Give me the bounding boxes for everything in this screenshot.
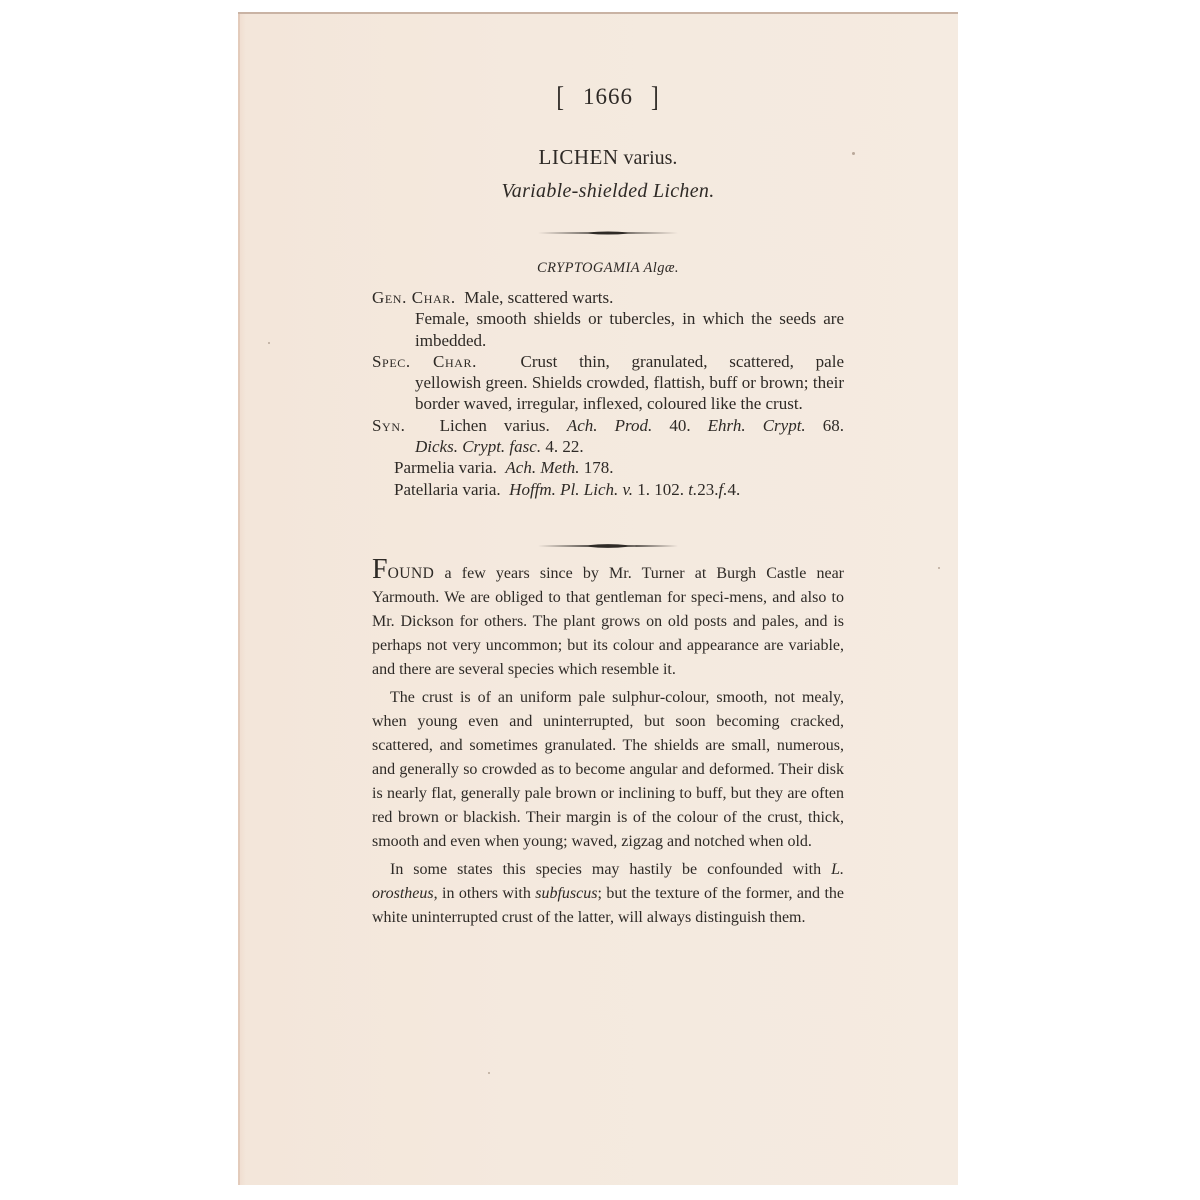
characters-block: Gen. Char. Male, scattered warts. Female… xyxy=(372,287,844,500)
spec-char-continuation: yellowish green. Shields crowded, flatti… xyxy=(372,372,844,415)
paragraph-description: The crust is of an uniform pale sulphur-… xyxy=(372,686,844,854)
reference-figure: f. xyxy=(719,480,728,499)
synonym-name: Lichen varius. xyxy=(440,416,550,435)
gen-char-continuation: Female, smooth shields or tubercles, in … xyxy=(372,308,844,351)
reference-page: 4. 22. xyxy=(545,437,583,456)
comparison-lead: In some states this species may hastily … xyxy=(390,861,831,878)
paragraph-comparison: In some states this species may hastily … xyxy=(372,858,844,930)
reference-work: Ach. Prod. xyxy=(567,416,652,435)
common-name: Variable-shielded Lichen. xyxy=(372,180,844,203)
reference-figure-num: 4. xyxy=(728,480,741,499)
specific-character: Spec. Char. Crust thin, granulated, scat… xyxy=(372,351,844,415)
syn-label: Syn. xyxy=(372,416,405,435)
reference-page: 1. 102. xyxy=(637,480,684,499)
drop-cap: F xyxy=(372,554,388,585)
synonym-continuation: Dicks. Crypt. fasc. 4. 22. xyxy=(372,436,844,457)
reference-plate-num: 23. xyxy=(697,480,718,499)
reference-page: 178. xyxy=(584,458,614,477)
folio-number: 1666 xyxy=(583,84,633,109)
reference-page: 40. xyxy=(669,416,690,435)
spec-char-first-line: Spec. Char. Crust thin, granulated, scat… xyxy=(372,351,844,372)
comparison-mid: , in others with xyxy=(434,885,536,902)
reference-work: Ach. Meth. xyxy=(505,458,579,477)
species-reference: subfuscus xyxy=(535,885,597,902)
reference-page: 68. xyxy=(823,416,844,435)
reference-work: Dicks. Crypt. fasc. xyxy=(415,437,541,456)
gen-char-line1: Male, scattered warts. xyxy=(464,288,613,307)
order-name: Algæ. xyxy=(644,260,679,276)
synonym-parmelia-varia: Parmelia varia. Ach. Meth. 178. xyxy=(372,457,844,478)
spec-char-label: Spec. Char. xyxy=(372,352,477,371)
spec-char-line1: Crust thin, granulated, scattered, pale xyxy=(521,352,845,371)
reference-work: Hoffm. Pl. Lich. v. xyxy=(509,480,633,499)
small-caps-lead: OUND xyxy=(388,565,435,582)
species-title: LICHEN varius. xyxy=(372,145,844,170)
folio-close-bracket: ] xyxy=(651,81,660,114)
reference-plate: t. xyxy=(688,480,697,499)
description-body: FOUND a few years since by Mr. Turner at… xyxy=(372,562,844,930)
synonyms: Syn. Lichen varius. Ach. Prod. 40. Ehrh.… xyxy=(372,415,844,500)
genus-name: LICHEN xyxy=(539,145,619,169)
paragraph-discovery: FOUND a few years since by Mr. Turner at… xyxy=(372,562,844,682)
paper-speck xyxy=(938,567,940,569)
ornamental-rule-top xyxy=(538,230,678,233)
gen-char-label: Gen. Char. xyxy=(372,288,456,307)
ornamental-rule-bottom xyxy=(538,543,678,546)
reference-work: Ehrh. Crypt. xyxy=(708,416,806,435)
paper-speck xyxy=(488,1072,490,1074)
generic-character: Gen. Char. Male, scattered warts. Female… xyxy=(372,287,844,351)
synonym-lichen-varius: Syn. Lichen varius. Ach. Prod. 40. Ehrh.… xyxy=(372,415,844,436)
paragraph-discovery-text: a few years since by Mr. Turner at Burgh… xyxy=(372,565,844,678)
species-name: varius. xyxy=(624,147,678,169)
classification: CRYPTOGAMIA Algæ. xyxy=(372,260,844,277)
paper-speck xyxy=(268,342,270,344)
synonym-name: Patellaria varia. xyxy=(394,480,501,499)
class-name: CRYPTOGAMIA xyxy=(537,260,640,276)
synonym-patellaria-varia: Patellaria varia. Hoffm. Pl. Lich. v. 1.… xyxy=(372,479,844,500)
paper-speck xyxy=(852,152,855,155)
folio-open-bracket: [ xyxy=(556,81,565,114)
synonym-name: Parmelia varia. xyxy=(394,458,497,477)
page-number: [1666] xyxy=(372,84,844,110)
